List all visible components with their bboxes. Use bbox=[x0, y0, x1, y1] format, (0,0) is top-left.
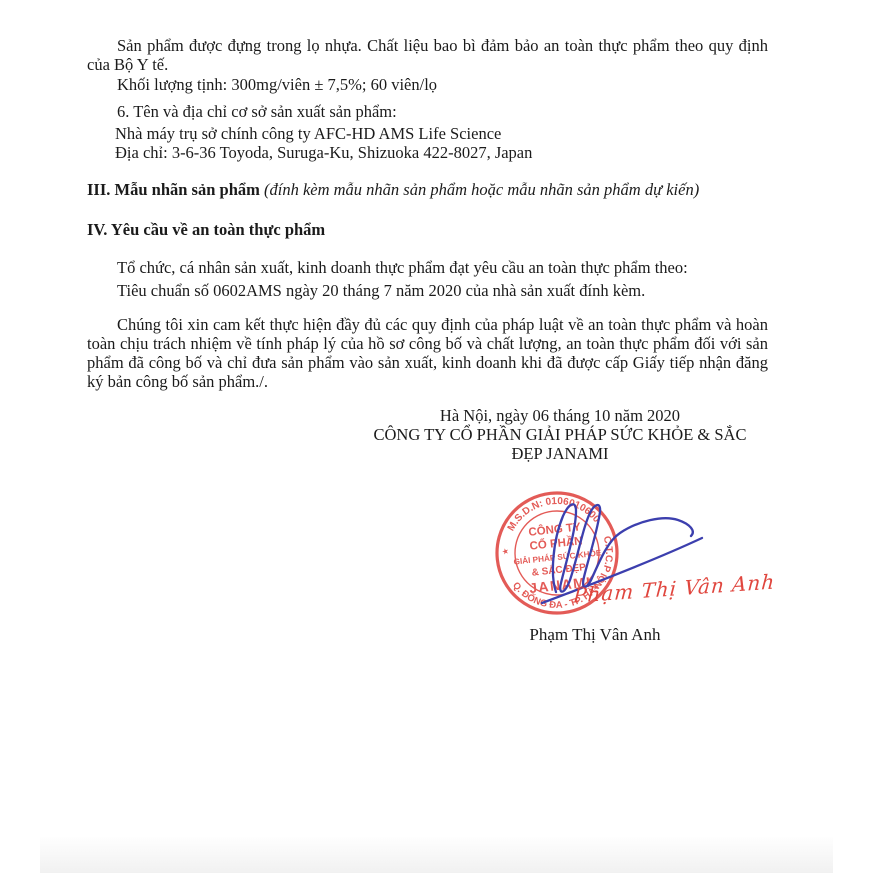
paragraph-standard: Tiêu chuẩn số 0602AMS ngày 20 tháng 7 nă… bbox=[87, 281, 768, 300]
signer-printed-name: Phạm Thị Vân Anh bbox=[455, 625, 735, 645]
date-place-line: Hà Nội, ngày 06 tháng 10 năm 2020 bbox=[350, 406, 770, 425]
document-body: Sản phẩm được đựng trong lọ nhựa. Chất l… bbox=[87, 36, 768, 391]
section-heading-iv: IV. Yêu cầu về an toàn thực phẩm bbox=[87, 220, 768, 240]
document-page: Sản phẩm được đựng trong lọ nhựa. Chất l… bbox=[0, 0, 873, 873]
company-name-line2: ĐẸP JANAMI bbox=[350, 444, 770, 463]
factory-name: Nhà máy trụ sở chính công ty AFC-HD AMS … bbox=[115, 124, 501, 143]
signing-block: Hà Nội, ngày 06 tháng 10 năm 2020 CÔNG T… bbox=[350, 406, 770, 463]
section-iii-note: (đính kèm mẫu nhãn sản phẩm hoặc mẫu nhã… bbox=[264, 180, 699, 199]
svg-text:★: ★ bbox=[500, 547, 511, 556]
paragraph-manufacturer-heading: 6. Tên và địa chỉ cơ sở sản xuất sản phẩ… bbox=[87, 102, 768, 121]
section-iii-title: III. Mẫu nhãn sản phẩm bbox=[87, 180, 264, 199]
paragraph-commitment: Chúng tôi xin cam kết thực hiện đầy đủ c… bbox=[87, 315, 768, 391]
paragraph-compliance: Tổ chức, cá nhân sản xuất, kinh doanh th… bbox=[87, 258, 768, 277]
factory-address: Địa chỉ: 3-6-36 Toyoda, Suruga-Ku, Shizu… bbox=[115, 143, 532, 162]
paragraph-net-weight: Khối lượng tịnh: 300mg/viên ± 7,5%; 60 v… bbox=[87, 75, 768, 94]
company-name-line1: CÔNG TY CỔ PHẦN GIẢI PHÁP SỨC KHỎE & SẮC bbox=[350, 425, 770, 444]
stamp-star-left-icon: ★ bbox=[500, 547, 511, 556]
paragraph-factory: Nhà máy trụ sở chính công ty AFC-HD AMS … bbox=[115, 124, 768, 162]
section-heading-iii: III. Mẫu nhãn sản phẩm (đính kèm mẫu nhã… bbox=[87, 180, 768, 200]
page-bottom-shadow bbox=[40, 837, 833, 873]
paragraph-packaging: Sản phẩm được đựng trong lọ nhựa. Chất l… bbox=[87, 36, 768, 74]
